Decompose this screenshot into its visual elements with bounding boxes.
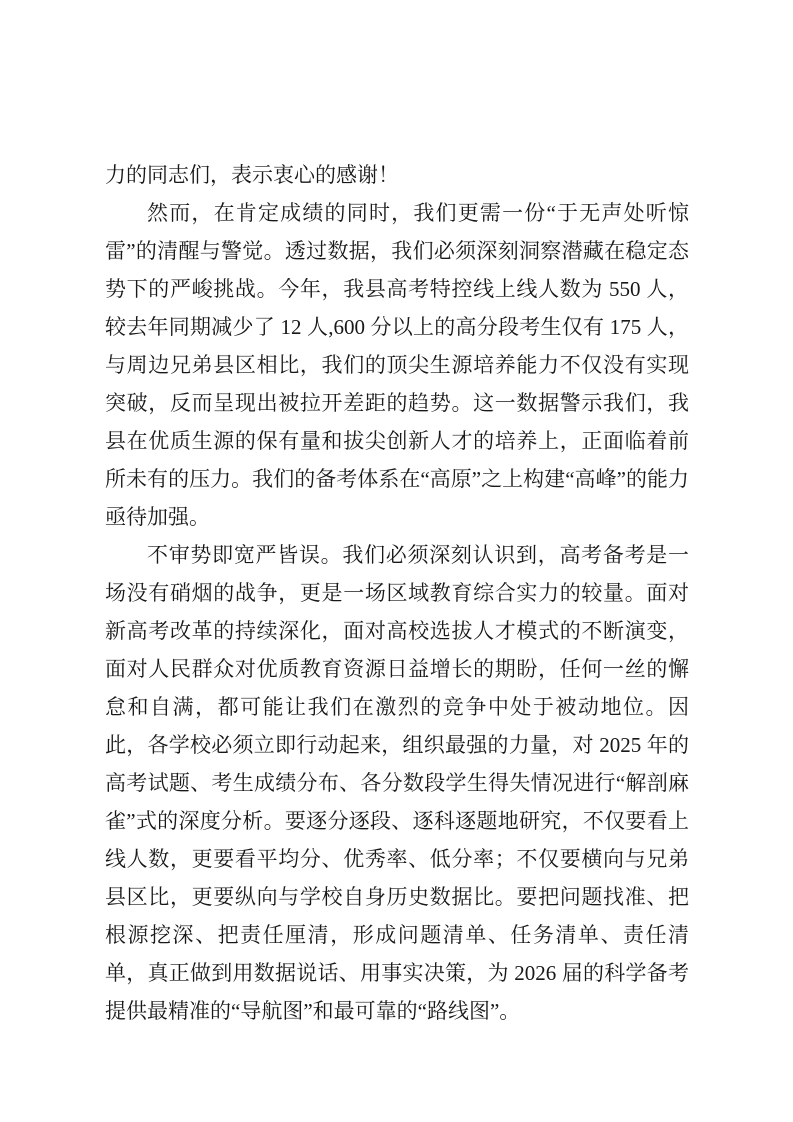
paragraph-situation-analysis: 然而，在肯定成绩的同时，我们更需一份“于无声处听惊雷”的清醒与警觉。透过数据，我… — [105, 194, 689, 536]
document-text-block: 力的同志们，表示衷心的感谢！ 然而，在肯定成绩的同时，我们更需一份“于无声处听惊… — [105, 156, 689, 1030]
paragraph-continuation: 力的同志们，表示衷心的感谢！ — [105, 156, 689, 194]
paragraph-action-requirements: 不审势即宽严皆误。我们必须深刻认识到，高考备考是一场没有硝烟的战争，更是一场区域… — [105, 536, 689, 1030]
document-page: 力的同志们，表示衷心的感谢！ 然而，在肯定成绩的同时，我们更需一份“于无声处听惊… — [0, 0, 793, 1122]
